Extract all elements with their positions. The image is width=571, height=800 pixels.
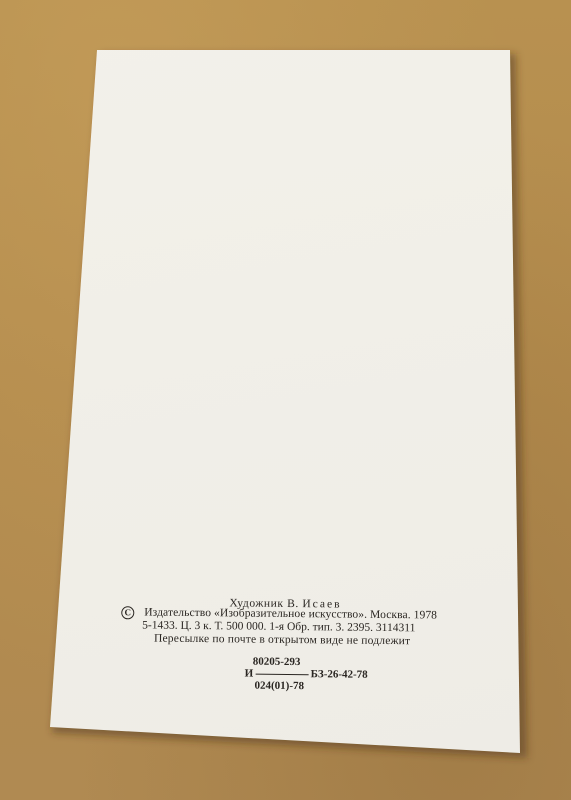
- copyright-icon: C: [121, 606, 134, 619]
- index-letter: И: [245, 669, 254, 680]
- index-code: БЗ-26-42-78: [311, 669, 368, 681]
- publisher-imprint: Художник В. Исаев C Издательство «Изобра…: [0, 0, 571, 800]
- index-denominator: 024(01)-78: [254, 681, 304, 693]
- mail-restriction-note: Пересылке по почте в открытом виде не по…: [154, 634, 410, 648]
- fraction-bar: [256, 674, 309, 676]
- index-numerator: 80205-293: [253, 657, 301, 668]
